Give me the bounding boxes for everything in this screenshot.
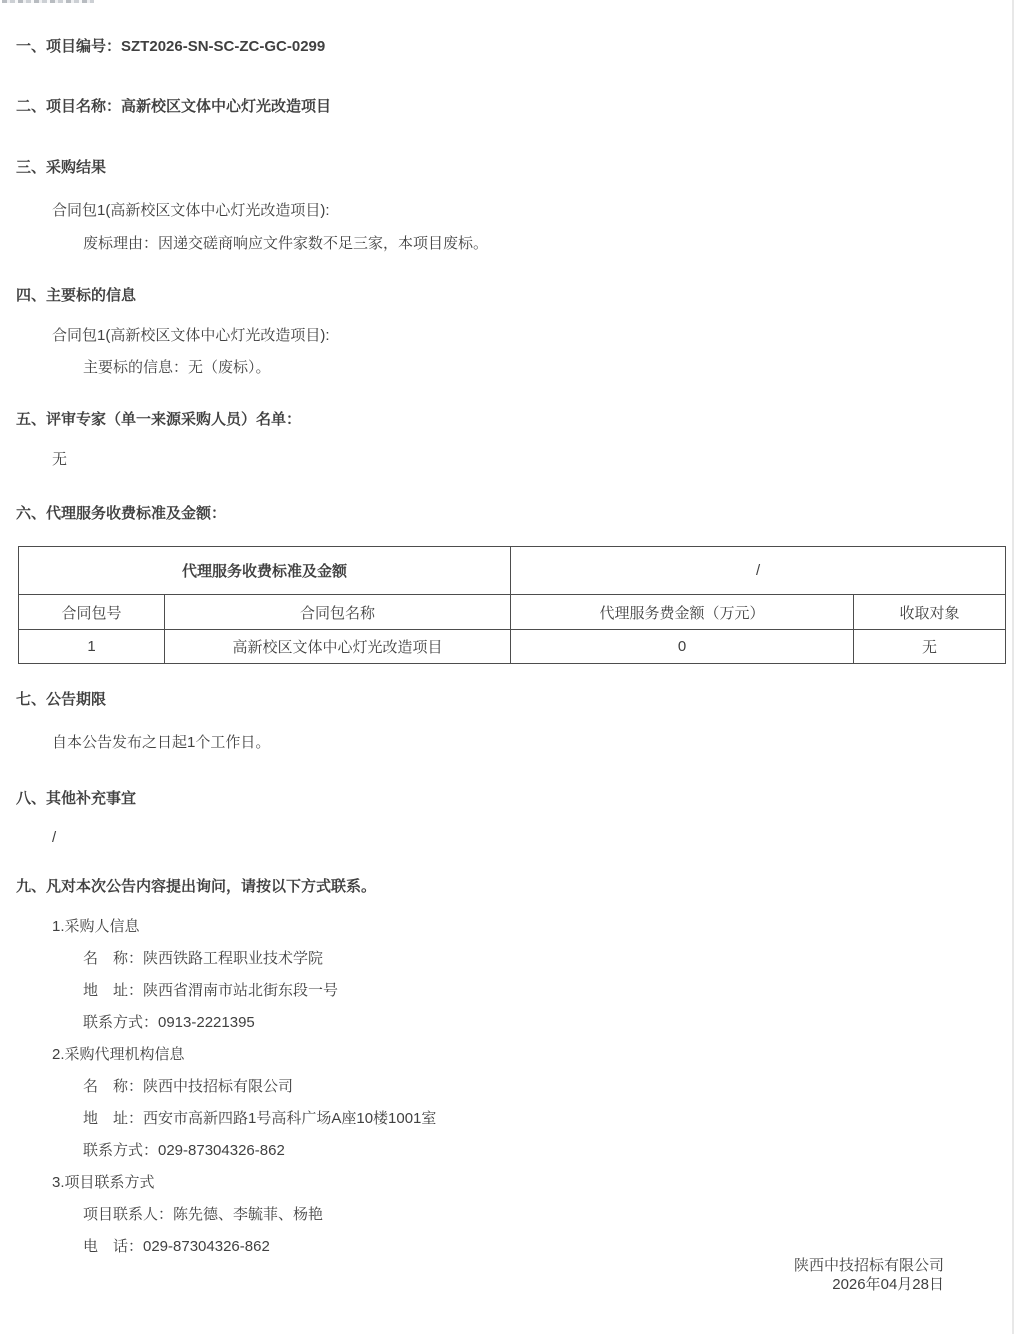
agency-heading: 2.采购代理机构信息	[0, 1045, 1013, 1064]
purchaser-heading: 1.采购人信息	[0, 917, 1013, 936]
signature-company: 陕西中技招标有限公司	[0, 1256, 1013, 1275]
project-number-label: 一、项目编号：	[16, 38, 121, 55]
project-name-label: 二、项目名称：	[16, 98, 121, 115]
project-contact-heading: 3.项目联系方式	[0, 1173, 1013, 1192]
announcement-content: 一、项目编号：SZT2026-SN-SC-ZC-GC-0299 二、项目名称：高…	[0, 38, 1013, 1294]
fee-table-merged-header-right: /	[511, 547, 1006, 595]
section-contact-title: 九、凡对本次公告内容提出询问，请按以下方式联系。	[0, 878, 1013, 895]
section-main-subject-title: 四、主要标的信息	[0, 287, 1013, 304]
section-experts-title: 五、评审专家（单一来源采购人员）名单：	[0, 411, 1013, 428]
agency-name: 名 称：陕西中技招标有限公司	[0, 1077, 1013, 1096]
section-procurement-result-title: 三、采购结果	[0, 159, 1013, 176]
project-contact-persons: 项目联系人：陈先德、李毓菲、杨艳	[0, 1205, 1013, 1224]
fee-table-data-row: 1 高新校区文体中心灯光改造项目 0 无	[19, 630, 1006, 664]
fee-table-col-header-fee-amount: 代理服务费金额（万元）	[511, 595, 854, 630]
fee-table-merged-header-row: 代理服务收费标准及金额 /	[19, 547, 1006, 595]
fee-table-col-header-package-name: 合同包名称	[165, 595, 511, 630]
project-number-value: SZT2026-SN-SC-ZC-GC-0299	[121, 38, 325, 55]
project-contact-phone: 电 话：029-87304326-862	[0, 1237, 1013, 1256]
section-announcement-period-title: 七、公告期限	[0, 691, 1013, 708]
signature-date: 2026年04月28日	[0, 1275, 1013, 1294]
clipped-text-remnant	[2, 0, 94, 3]
fee-table-col-header-package-no: 合同包号	[19, 595, 165, 630]
procurement-result-reason-line: 废标理由：因递交磋商响应文件家数不足三家，本项目废标。	[0, 234, 1013, 253]
purchaser-address: 地 址：陕西省渭南市站北街东段一号	[0, 981, 1013, 1000]
fee-table-cell-package-name: 高新校区文体中心灯光改造项目	[165, 630, 511, 664]
fee-table-column-header-row: 合同包号 合同包名称 代理服务费金额（万元） 收取对象	[19, 595, 1006, 630]
announcement-page: 一、项目编号：SZT2026-SN-SC-ZC-GC-0299 二、项目名称：高…	[0, 0, 1029, 1334]
content-right-border	[1012, 0, 1014, 1334]
section-agency-fee-title: 六、代理服务收费标准及金额：	[0, 505, 1013, 522]
purchaser-name: 名 称：陕西铁路工程职业技术学院	[0, 949, 1013, 968]
fee-table-merged-header-left: 代理服务收费标准及金额	[19, 547, 511, 595]
announcement-period-value: 自本公告发布之日起1个工作日。	[0, 733, 1013, 752]
fee-table-cell-fee-amount: 0	[511, 630, 854, 664]
agency-phone: 联系方式：029-87304326-862	[0, 1141, 1013, 1160]
section-project-number: 一、项目编号：SZT2026-SN-SC-ZC-GC-0299	[0, 38, 1013, 55]
agency-fee-table: 代理服务收费标准及金额 / 合同包号 合同包名称 代理服务费金额（万元） 收取对…	[18, 546, 1006, 664]
procurement-result-package-line: 合同包1(高新校区文体中心灯光改造项目):	[0, 201, 1013, 220]
other-value: /	[0, 828, 1013, 847]
project-name-value: 高新校区文体中心灯光改造项目	[121, 98, 331, 115]
section-other-title: 八、其他补充事宜	[0, 790, 1013, 807]
fee-table-cell-charge-target: 无	[854, 630, 1006, 664]
experts-value: 无	[0, 450, 1013, 469]
main-subject-info-line: 主要标的信息：无（废标）。	[0, 358, 1013, 377]
main-subject-package-line: 合同包1(高新校区文体中心灯光改造项目):	[0, 326, 1013, 345]
fee-table-cell-package-no: 1	[19, 630, 165, 664]
fee-table-col-header-charge-target: 收取对象	[854, 595, 1006, 630]
purchaser-phone: 联系方式：0913-2221395	[0, 1013, 1013, 1032]
section-project-name: 二、项目名称：高新校区文体中心灯光改造项目	[0, 98, 1013, 115]
agency-address: 地 址：西安市高新四路1号高科广场A座10楼1001室	[0, 1109, 1013, 1128]
